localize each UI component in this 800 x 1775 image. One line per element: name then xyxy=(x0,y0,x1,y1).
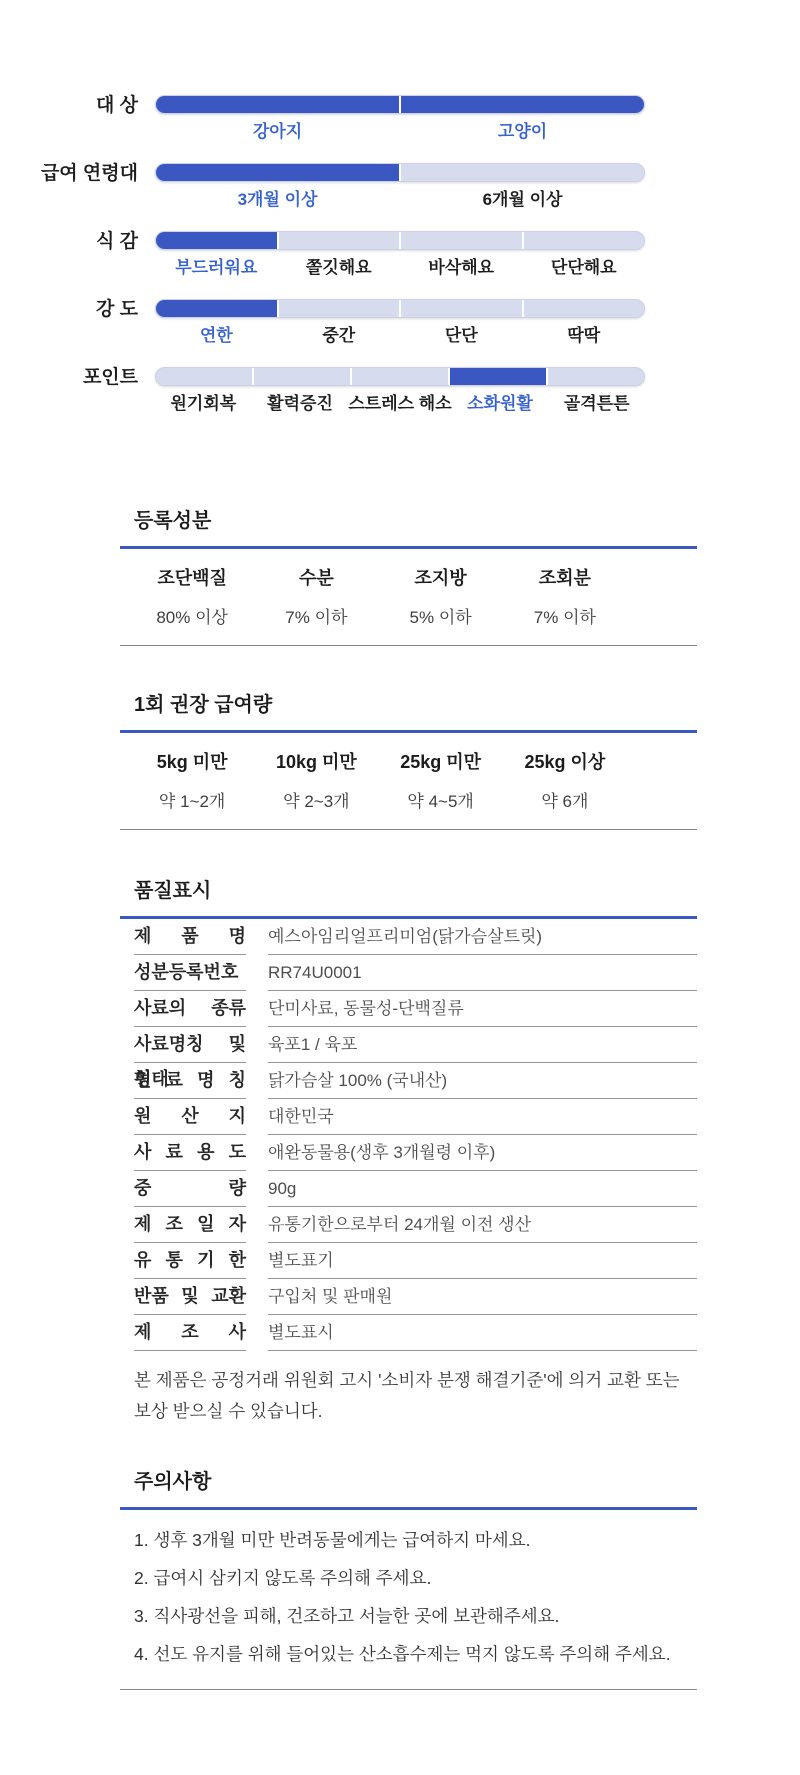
quality-row-label: 제 조 일 자 xyxy=(134,1207,246,1243)
feeding-age-row-body: 3개월 이상 6개월 이상 xyxy=(155,163,645,210)
bar-segment-label: 단단해요 xyxy=(523,258,646,278)
target-row: 대 상 강아지 고양이 xyxy=(0,95,800,142)
bar-segment-label: 3개월 이상 xyxy=(155,190,400,210)
target-bar xyxy=(155,95,645,114)
feeding-age-row: 급여 연령대 3개월 이상 6개월 이상 xyxy=(0,163,800,210)
feeding-amount-table-values: 약 1~2개 약 2~3개 약 4~5개 약 6개 xyxy=(130,774,627,812)
bar-segment-label: 강아지 xyxy=(155,122,400,142)
nutrition-column-header: 조회분 xyxy=(503,564,627,590)
quality-row-value: 예스아임리얼프리미엄(닭가슴살트릿) xyxy=(268,919,697,955)
bar-segment xyxy=(156,300,277,317)
bar-segment xyxy=(277,232,400,249)
hardness-bar-labels: 연한 중간 단단 딱딱 xyxy=(155,326,645,346)
caution-item: 4. 선도 유지를 위해 들어있는 산소흡수제는 먹지 않도록 주의해 주세요. xyxy=(134,1640,682,1669)
caution-section: 주의사항 1. 생후 3개월 미만 반려동물에게는 급여하지 마세요. 2. 급… xyxy=(120,1465,697,1690)
bar-segment xyxy=(399,164,644,181)
target-bar-labels: 강아지 고양이 xyxy=(155,122,645,142)
hardness-row: 강 도 연한 중간 단단 딱딱 xyxy=(0,299,800,346)
bar-segment-label: 골격튼튼 xyxy=(548,394,645,414)
feeding-age-bar-labels: 3개월 이상 6개월 이상 xyxy=(155,190,645,210)
nutrition-column-value: 7% 이하 xyxy=(503,603,627,628)
caution-item: 3. 직사광선을 피해, 건조하고 서늘한 곳에 보관해주세요. xyxy=(134,1602,682,1631)
bar-segment xyxy=(522,300,645,317)
nutrition-table-values: 80% 이상 7% 이하 5% 이하 7% 이하 xyxy=(130,590,627,628)
quality-row-origin: 원 산 지 대한민국 xyxy=(120,1099,697,1135)
bar-segment-label: 소화원활 xyxy=(452,394,549,414)
product-spec-bars: 대 상 강아지 고양이 급여 연령대 3개월 이상 6개월 이상 식 xyxy=(0,95,800,414)
quality-row-value: 90g xyxy=(268,1171,697,1207)
caution-list: 1. 생후 3개월 미만 반려동물에게는 급여하지 마세요. 2. 급여시 삼키… xyxy=(120,1507,697,1690)
nutrition-section: 등록성분 조단백질 수분 조지방 조회분 80% 이상 7% 이하 5% 이하 … xyxy=(120,504,697,646)
quality-row-value: 구입처 및 판매원 xyxy=(268,1279,697,1315)
bar-segment xyxy=(156,164,399,181)
nutrition-column-header: 수분 xyxy=(254,564,378,590)
feeding-column-value: 약 1~2개 xyxy=(130,787,254,812)
feeding-column-value: 약 4~5개 xyxy=(379,787,503,812)
quality-row-product-name: 제 품 명 예스아임리얼프리미엄(닭가슴살트릿) xyxy=(120,919,697,955)
quality-row-label: 원 료 명 칭 xyxy=(134,1063,246,1099)
point-bar-labels: 원기회복 활력증진 스트레스 해소 소화원활 골격튼튼 xyxy=(155,394,645,414)
quality-row-label: 성분등록번호 xyxy=(134,955,246,991)
quality-row-value: 육포1 / 육포 xyxy=(268,1027,697,1063)
texture-bar xyxy=(155,231,645,250)
feeding-column-value: 약 2~3개 xyxy=(254,787,378,812)
quality-row-return-exchange: 반품 및 교환 구입처 및 판매원 xyxy=(120,1279,697,1315)
bar-segment xyxy=(399,96,644,113)
quality-row-label: 중 량 xyxy=(134,1171,246,1207)
quality-row-label: 유 통 기 한 xyxy=(134,1243,246,1279)
feeding-amount-section: 1회 권장 급여량 5kg 미만 10kg 미만 25kg 미만 25kg 이상… xyxy=(120,688,697,830)
target-row-body: 강아지 고양이 xyxy=(155,95,645,142)
quality-table: 제 품 명 예스아임리얼프리미엄(닭가슴살트릿) 성분등록번호 RR74U000… xyxy=(120,916,697,1351)
feeding-column-header: 25kg 미만 xyxy=(379,748,503,774)
bar-segment xyxy=(522,232,645,249)
quality-row-value: 유통기한으로부터 24개월 이전 생산 xyxy=(268,1207,697,1243)
bar-segment xyxy=(156,368,252,385)
texture-row-body: 부드러워요 쫄깃해요 바삭해요 단단해요 xyxy=(155,231,645,278)
feeding-age-bar xyxy=(155,163,645,182)
bar-segment xyxy=(252,368,350,385)
hardness-row-body: 연한 중간 단단 딱딱 xyxy=(155,299,645,346)
hardness-bar xyxy=(155,299,645,318)
consumer-dispute-note: 본 제품은 공정거래 위원회 고시 '소비자 분쟁 해결기준'에 의거 교환 또… xyxy=(134,1365,691,1427)
texture-row-label: 식 감 xyxy=(0,231,138,278)
target-row-label: 대 상 xyxy=(0,95,138,142)
bar-segment-label: 연한 xyxy=(155,326,278,346)
quality-row-manufacture-date: 제 조 일 자 유통기한으로부터 24개월 이전 생산 xyxy=(120,1207,697,1243)
bar-segment xyxy=(399,300,522,317)
quality-row-label: 원 산 지 xyxy=(134,1099,246,1135)
quality-row-raw-material: 원 료 명 칭 닭가슴살 100% (국내산) xyxy=(120,1063,697,1099)
bar-segment-label: 쫄깃해요 xyxy=(278,258,401,278)
bar-segment-label: 활력증진 xyxy=(252,394,349,414)
nutrition-table-header: 조단백질 수분 조지방 조회분 xyxy=(130,564,627,590)
nutrition-section-title: 등록성분 xyxy=(134,504,697,533)
point-row-body: 원기회복 활력증진 스트레스 해소 소화원활 골격튼튼 xyxy=(155,367,645,414)
quality-row-value: 단미사료, 동물성-단백질류 xyxy=(268,991,697,1027)
feeding-column-header: 25kg 이상 xyxy=(503,748,627,774)
quality-row-value: 별도표기 xyxy=(268,1243,697,1279)
quality-row-label: 반품 및 교환 xyxy=(134,1279,246,1315)
bar-segment xyxy=(156,96,399,113)
bar-segment-label: 원기회복 xyxy=(155,394,252,414)
quality-row-usage: 사 료 용 도 애완동물용(생후 3개월령 이후) xyxy=(120,1135,697,1171)
quality-row-value: 닭가슴살 100% (국내산) xyxy=(268,1063,697,1099)
hardness-row-label: 강 도 xyxy=(0,299,138,346)
nutrition-column-value: 7% 이하 xyxy=(254,603,378,628)
quality-row-expiry: 유 통 기 한 별도표기 xyxy=(120,1243,697,1279)
caution-item: 1. 생후 3개월 미만 반려동물에게는 급여하지 마세요. xyxy=(134,1526,682,1555)
bar-segment-label: 스트레스 해소 xyxy=(348,394,451,414)
feeding-amount-table-header: 5kg 미만 10kg 미만 25kg 미만 25kg 이상 xyxy=(130,748,627,774)
bar-segment xyxy=(350,368,448,385)
quality-row-ingredient-reg-no: 성분등록번호 RR74U0001 xyxy=(120,955,697,991)
quality-row-feed-name-form: 사료명칭 및 형태 육포1 / 육포 xyxy=(120,1027,697,1063)
bar-segment xyxy=(399,232,522,249)
nutrition-column-value: 5% 이하 xyxy=(379,603,503,628)
point-row: 포인트 원기회복 활력증진 스트레스 해소 소화원활 골격튼튼 xyxy=(0,367,800,414)
point-row-label: 포인트 xyxy=(0,367,138,414)
caution-section-title: 주의사항 xyxy=(134,1465,697,1494)
nutrition-table: 조단백질 수분 조지방 조회분 80% 이상 7% 이하 5% 이하 7% 이하 xyxy=(120,546,697,646)
quality-label-section: 품질표시 제 품 명 예스아임리얼프리미엄(닭가슴살트릿) 성분등록번호 RR7… xyxy=(120,874,697,1427)
bar-segment-label: 딱딱 xyxy=(523,326,646,346)
quality-row-value: 애완동물용(생후 3개월령 이후) xyxy=(268,1135,697,1171)
nutrition-column-value: 80% 이상 xyxy=(130,603,254,628)
quality-row-feed-type: 사료의 종류 단미사료, 동물성-단백질류 xyxy=(120,991,697,1027)
nutrition-column-header: 조단백질 xyxy=(130,564,254,590)
nutrition-column-header: 조지방 xyxy=(379,564,503,590)
quality-row-label: 사료의 종류 xyxy=(134,991,246,1027)
quality-row-label: 제 조 사 xyxy=(134,1315,246,1351)
caution-item: 2. 급여시 삼키지 않도록 주의해 주세요. xyxy=(134,1564,682,1593)
feeding-column-header: 5kg 미만 xyxy=(130,748,254,774)
bar-segment-label: 단단 xyxy=(400,326,523,346)
quality-row-label: 사 료 용 도 xyxy=(134,1135,246,1171)
quality-row-manufacturer: 제 조 사 별도표시 xyxy=(120,1315,697,1351)
texture-row: 식 감 부드러워요 쫄깃해요 바삭해요 단단해요 xyxy=(0,231,800,278)
feeding-column-header: 10kg 미만 xyxy=(254,748,378,774)
quality-row-label: 사료명칭 및 형태 xyxy=(134,1027,246,1063)
point-bar xyxy=(155,367,645,386)
quality-row-value: 별도표시 xyxy=(268,1315,697,1351)
bar-segment xyxy=(448,368,546,385)
feeding-age-row-label: 급여 연령대 xyxy=(0,163,138,210)
bar-segment xyxy=(156,232,277,249)
quality-row-value: RR74U0001 xyxy=(268,955,697,991)
quality-row-label: 제 품 명 xyxy=(134,919,246,955)
quality-row-weight: 중 량 90g xyxy=(120,1171,697,1207)
bar-segment xyxy=(277,300,400,317)
bar-segment-label: 바삭해요 xyxy=(400,258,523,278)
quality-label-section-title: 품질표시 xyxy=(134,874,697,903)
bar-segment-label: 고양이 xyxy=(400,122,645,142)
texture-bar-labels: 부드러워요 쫄깃해요 바삭해요 단단해요 xyxy=(155,258,645,278)
bar-segment-label: 6개월 이상 xyxy=(400,190,645,210)
feeding-column-value: 약 6개 xyxy=(503,787,627,812)
bar-segment-label: 부드러워요 xyxy=(155,258,278,278)
quality-row-value: 대한민국 xyxy=(268,1099,697,1135)
bar-segment xyxy=(546,368,644,385)
bar-segment-label: 중간 xyxy=(278,326,401,346)
feeding-amount-section-title: 1회 권장 급여량 xyxy=(134,688,697,717)
feeding-amount-table: 5kg 미만 10kg 미만 25kg 미만 25kg 이상 약 1~2개 약 … xyxy=(120,730,697,830)
